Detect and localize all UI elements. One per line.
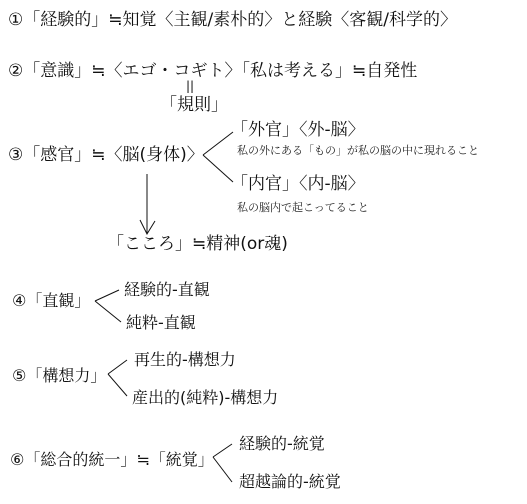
branch-line-lower — [213, 457, 232, 482]
item-3-arrow-target: 「こころ」≒精神(or魂) — [107, 236, 288, 253]
item-6-branch-1: 経験的-統覚 — [239, 436, 325, 452]
branch-line-lower — [108, 374, 127, 396]
item-4-branch-1: 経験的-直観 — [124, 282, 210, 298]
item-3-text: ③「感官」≒〈脳(身体)〉 — [8, 147, 204, 164]
branch-line-lower — [203, 155, 233, 182]
item-1-text: ①「経験的」≒知覚〈主観/素朴的〉と経験〈客観/科学的〉 — [8, 12, 457, 29]
item-3-branch-outer-note: 私の外にある「もの」が私の脳の中に現れること — [237, 145, 479, 156]
item-3-branch-inner: 「内官」〈内-脳〉 — [231, 176, 365, 193]
item-5-branch-1: 再生的-構想力 — [134, 352, 236, 368]
branch-line-lower — [95, 301, 121, 322]
item-6-branch-2: 超越論的-統覚 — [239, 474, 341, 490]
item-6-text: ⑥「総合的統一」≒「統覚」 — [10, 452, 214, 468]
item-2-text: ②「意識」≒〈エゴ・コギト〉「私は考える」≒自発性 — [8, 63, 417, 80]
item-2-sub: 「規則」 — [160, 97, 228, 114]
branch-line-upper — [95, 290, 119, 301]
item-5-text: ⑤「構想力」 — [12, 368, 106, 384]
item-5-branch-2: 産出的(純粋)-構想力 — [132, 390, 278, 406]
branch-line-upper — [203, 132, 233, 155]
item-3-branch-inner-note: 私の脳内で起こってること — [237, 202, 369, 213]
item-4-branch-2: 純粋-直観 — [126, 315, 196, 331]
item-4-text: ④「直観」 — [12, 293, 90, 309]
equals-mark: || — [186, 80, 194, 92]
branch-line-upper — [213, 444, 232, 457]
item-3-branch-outer: 「外官」〈外-脳〉 — [231, 122, 365, 139]
branch-line-upper — [108, 360, 127, 374]
